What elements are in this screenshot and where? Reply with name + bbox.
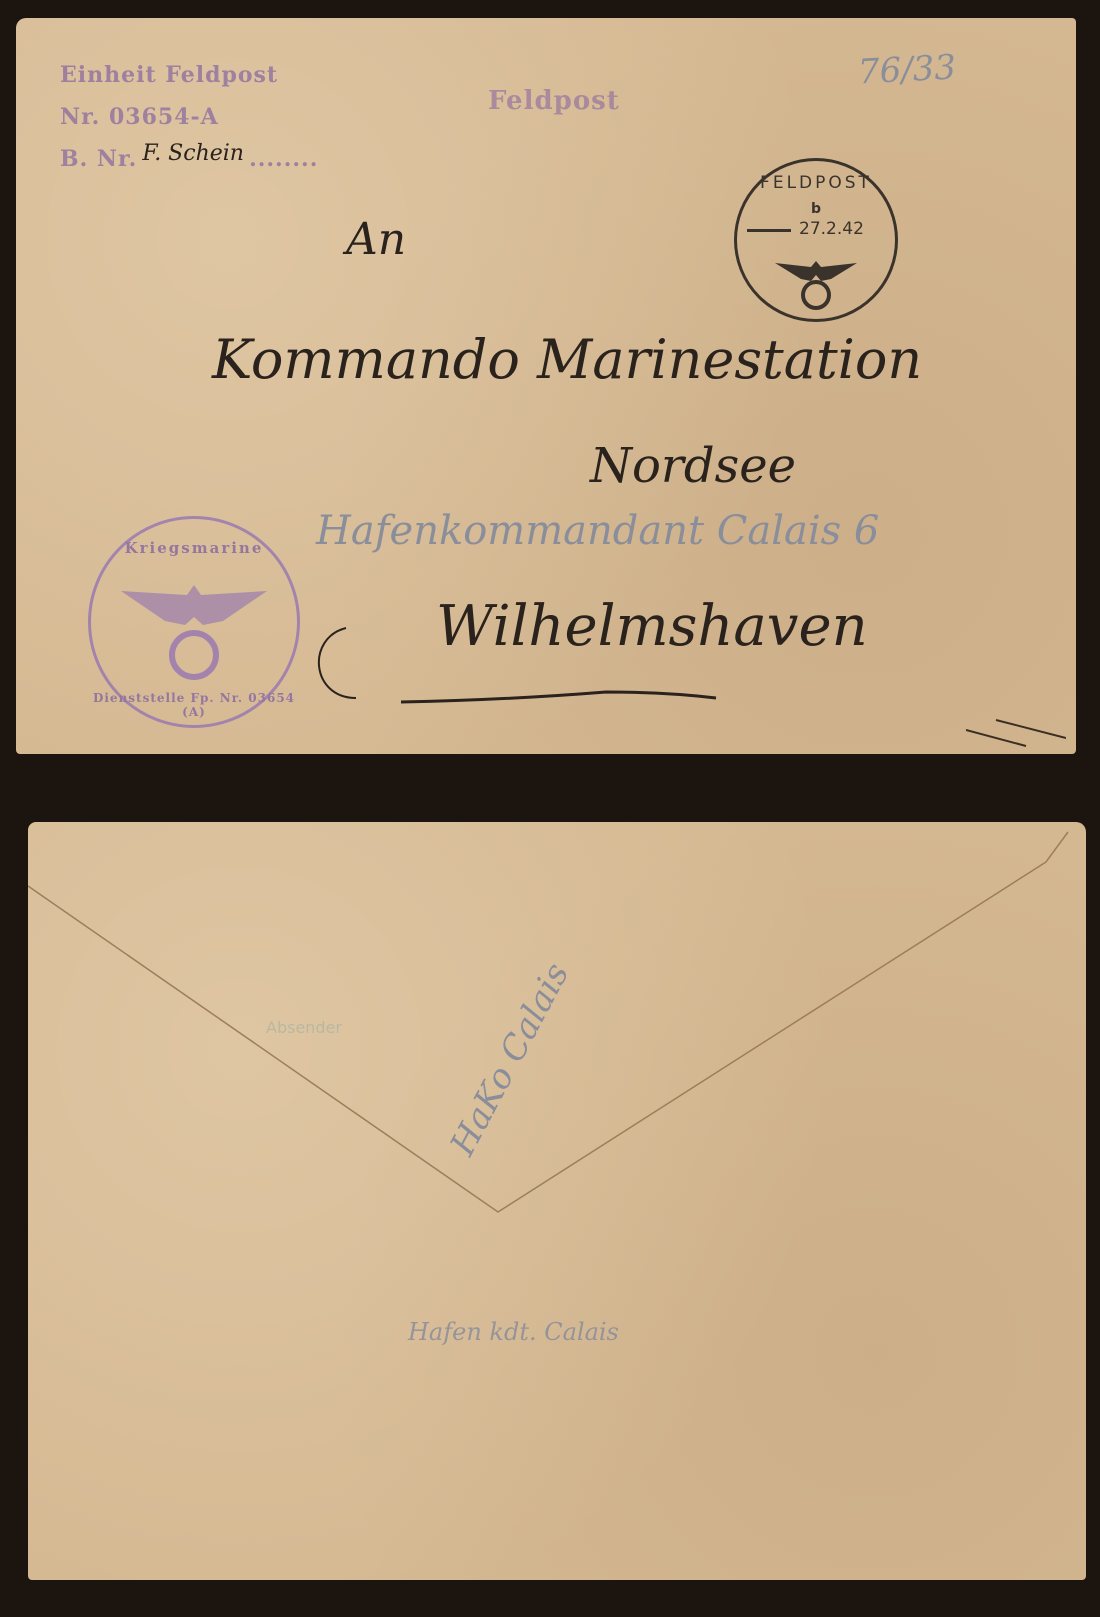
eagle-emblem-icon (119, 581, 269, 681)
postmark-date: 27.2.42 (799, 219, 864, 239)
sender-unit-stamp-line2: Nr. 03654-A (60, 104, 219, 130)
kriegsmarine-seal: Kriegsmarine Dienststelle Fp. Nr. 03654 … (88, 516, 300, 728)
pencil-forwarding-note: Hafenkommandant Calais 6 (316, 508, 879, 554)
sender-unit-stamp-line3: B. Nr. F. Schein ........ (60, 146, 318, 172)
sender-unit-stamp-line1: Einheit Feldpost (60, 62, 278, 88)
postmark-code: b (737, 201, 895, 217)
seal-bottom-text: Dienststelle Fp. Nr. 03654 (A) (91, 691, 297, 719)
dotted-line: ........ (249, 146, 318, 172)
pen-strokes (966, 718, 1066, 748)
feldpost-postmark: FELDPOST b 27.2.42 (734, 158, 898, 322)
address-underline-flourish (306, 618, 726, 718)
address-line-region: Nordsee (590, 438, 796, 494)
envelope-front: Einheit Feldpost Nr. 03654-A B. Nr. F. S… (16, 18, 1076, 754)
postmark-bar (747, 229, 791, 232)
address-salutation: An (346, 214, 406, 265)
reference-number-label: B. Nr. (60, 146, 137, 172)
eagle-emblem-icon (771, 255, 861, 311)
postmark-top-text: FELDPOST (737, 173, 895, 193)
envelope-back: Absender HaKo Calais Hafen kdt. Calais (28, 822, 1086, 1580)
address-line-recipient: Kommando Marinestation (212, 328, 922, 391)
envelope-flap-outline (28, 822, 1086, 1242)
faint-sender-stamp: Absender (266, 1018, 342, 1037)
seal-top-text: Kriegsmarine (91, 539, 297, 557)
sender-signature: F. Schein (142, 141, 244, 166)
pencil-note-bottom: Hafen kdt. Calais (408, 1318, 619, 1346)
pencil-reference-number: 76/33 (857, 47, 957, 92)
feldpost-label: Feldpost (488, 86, 620, 116)
